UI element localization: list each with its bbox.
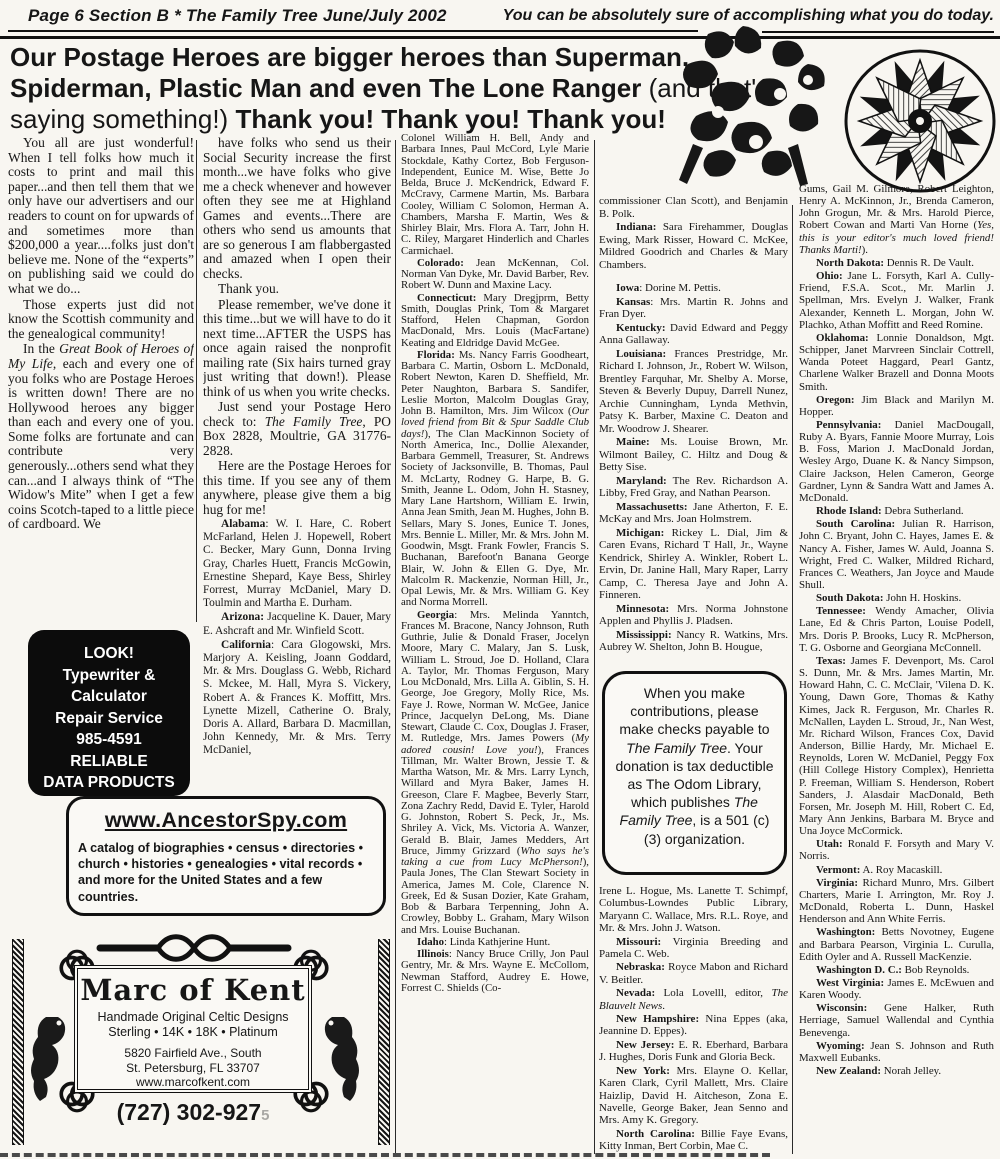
newspaper-page: Page 6 Section B * The Family Tree June/… [0, 0, 1000, 1159]
marc-of-kent-title: Marc of Kent [78, 973, 308, 1007]
hatched-border-bar [12, 939, 24, 1145]
paragraph: Washington: Betts Novotney, Eugene and B… [799, 926, 994, 962]
column-3-text: Colonel William H. Bell, Andy and Barbar… [401, 133, 589, 1157]
ancestorspy-description: A catalog of biographies • census • dire… [69, 833, 383, 905]
page-bottom-edge [0, 1153, 770, 1157]
text-line: 985-4591 [28, 729, 190, 751]
column-rule [594, 140, 595, 1154]
paragraph: Alabama: W. I. Hare, C. Robert McFarland… [203, 518, 391, 610]
paragraph: New Zealand: Norah Jelley. [799, 1065, 994, 1077]
paragraph: Indiana: Sara Firehammer, Douglas Ewing,… [599, 221, 788, 271]
paragraph: North Dakota: Dennis R. De Vault. [799, 257, 994, 269]
paragraph: Massachusetts: Jane Atherton, F. E. McKa… [599, 501, 788, 526]
hatched-border-bar [378, 939, 390, 1145]
text-line: DATA PRODUCTS [28, 772, 190, 794]
paragraph: Illinois: Nancy Bruce Crilly, Jon Paul G… [401, 949, 589, 994]
paragraph: Colorado: Jean McKennan, Col. Norman Van… [401, 258, 589, 292]
paragraph: Texas: James F. Devenport, Ms. Carol S. … [799, 655, 994, 837]
paragraph: Maine: Ms. Louise Brown, Mr. Wilmont Bai… [599, 436, 788, 474]
paragraph: New Hampshire: Nina Eppes (aka, Jeannine… [599, 1013, 788, 1038]
paragraph: Oklahoma: Lonnie Donaldson, Mgt. Schippe… [799, 332, 994, 393]
column-rule [395, 140, 396, 1154]
contribution-notice-text: When you make contributions, please make… [613, 684, 776, 848]
ancestorspy-ad: www.AncestorSpy.com A catalog of biograp… [66, 796, 386, 916]
column-rule [792, 205, 793, 1154]
celtic-topknot-icon [96, 933, 292, 963]
paragraph: Those experts just did not know the Scot… [8, 298, 194, 342]
paragraph: Kansas: Mrs. Martin R. Johns and Fran Dy… [599, 296, 788, 321]
masthead-rule-left [8, 30, 698, 32]
heraldic-bird-icon [28, 1011, 72, 1103]
marc-address: 5820 Fairfield Ave., SouthSt. Petersburg… [78, 1046, 308, 1090]
paragraph: Gums, Gail M. Gilmore, Robert Leighton, … [799, 183, 994, 256]
text-line: 5820 Fairfield Ave., South [78, 1046, 308, 1061]
paragraph: Thank you. [203, 282, 391, 297]
paragraph: Kentucky: David Edward and Peggy Anna Ga… [599, 322, 788, 347]
flower-medallion-illustration [842, 48, 998, 194]
paragraph: Colonel William H. Bell, Andy and Barbar… [401, 133, 589, 257]
paragraph: have folks who send us their Social Secu… [203, 136, 391, 281]
paragraph: Irene L. Hogue, Ms. Lanette T. Schimpf, … [599, 885, 788, 935]
paragraph: Utah: Ronald F. Forsyth and Mary V. Norr… [799, 838, 994, 862]
text-line: Typewriter & [28, 665, 190, 687]
marc-phone: (727) 302-9275 [74, 1099, 312, 1126]
paragraph: California: Cara Glogowski, Mrs. Marjory… [203, 639, 391, 758]
paragraph: Florida: Ms. Nancy Farris Goodheart, Bar… [401, 350, 589, 609]
paragraph: Pennsylvania: Daniel MacDougall, Ruby A.… [799, 419, 994, 504]
paragraph: commissioner Clan Scott), and Benjamin B… [599, 195, 788, 220]
column-5-text: Gums, Gail M. Gilmore, Robert Leighton, … [799, 183, 994, 1157]
masthead: Page 6 Section B * The Family Tree June/… [28, 6, 447, 26]
paragraph: You all are just wonderful! When I tell … [8, 136, 194, 297]
column-rule [196, 140, 197, 622]
paragraph: Ohio: Jane L. Forsyth, Karl A. Cully-Fri… [799, 270, 994, 331]
paragraph: New Jersey: E. R. Eberhard, Barbara J. H… [599, 1039, 788, 1064]
paragraph: South Dakota: John H. Hoskins. [799, 592, 994, 604]
heraldic-bird-icon [318, 1011, 362, 1103]
paragraph: Oregon: Jim Black and Marilyn M. Hopper. [799, 394, 994, 418]
paragraph: Wisconsin: Gene Halker, Ruth Herriage, S… [799, 1002, 994, 1038]
floral-bouquet-illustration [648, 24, 858, 196]
paragraph: Here are the Postage Heroes for this tim… [203, 459, 391, 517]
paragraph: Maryland: The Rev. Richardson A. Libby, … [599, 475, 788, 500]
marc-of-kent-frame: Marc of Kent Handmade Original Celtic De… [74, 965, 312, 1093]
paragraph: West Virginia: James E. McEwuen and Kare… [799, 977, 994, 1001]
paragraph: South Carolina: Julian R. Harrison, John… [799, 518, 994, 591]
paragraph: Nevada: Lola Lovelll, editor, The Blauve… [599, 987, 788, 1012]
contribution-notice-box: When you make contributions, please make… [602, 671, 787, 875]
paragraph: Rhode Island: Debra Sutherland. [799, 505, 994, 517]
column-2-text: have folks who send us their Social Secu… [203, 136, 391, 812]
paragraph: Wyoming: Jean S. Johnson and Ruth Maxwel… [799, 1040, 994, 1064]
text-line: Repair Service [28, 708, 190, 730]
paragraph: Please remember, we've done it this time… [203, 298, 391, 400]
marc-of-kent-ad: Marc of Kent Handmade Original Celtic De… [8, 933, 390, 1157]
paragraph: New York: Mrs. Elayne O. Kellar, Karen C… [599, 1065, 788, 1127]
paragraph: Tennessee: Wendy Amacher, Olivia Lane, E… [799, 605, 994, 654]
column-4-bottom-text: Irene L. Hogue, Ms. Lanette T. Schimpf, … [599, 885, 788, 1157]
column-1-text: You all are just wonderful! When I tell … [8, 136, 194, 628]
paragraph: Nebraska: Royce Mabon and Richard V. Bei… [599, 961, 788, 986]
paragraph: Connecticut: Mary Dregjprm, Betty Smith,… [401, 293, 589, 349]
paragraph: Just send your Postage Hero check to: Th… [203, 400, 391, 458]
marc-subtitle: Sterling • 14K • 18K • Platinum [78, 1025, 308, 1040]
paragraph: Mississippi: Nancy R. Watkins, Mrs. Aubr… [599, 629, 788, 654]
paragraph: Idaho: Linda Kathjerine Hunt. [401, 937, 589, 948]
paragraph: North Carolina: Billie Faye Evans, Kitty… [599, 1128, 788, 1153]
text-line: www.marcofkent.com [78, 1075, 308, 1090]
marc-subtitle: Handmade Original Celtic Designs [78, 1010, 308, 1025]
typewriter-repair-ad: LOOK!Typewriter &CalculatorRepair Servic… [28, 630, 190, 796]
paragraph: Vermont: A. Roy Macaskill. [799, 864, 994, 876]
column-4-top-text: commissioner Clan Scott), and Benjamin B… [599, 195, 788, 669]
ancestorspy-url: www.AncestorSpy.com [69, 808, 383, 833]
text-line: LOOK! [28, 643, 190, 665]
paragraph: Georgia: Mrs. Melinda Yanntch, Frances M… [401, 610, 589, 936]
paragraph: Missouri: Virginia Breeding and Pamela C… [599, 936, 788, 961]
paragraph: Virginia: Richard Munro, Mrs. Gilbert Ch… [799, 877, 994, 926]
text-line: Calculator [28, 686, 190, 708]
paragraph: Washington D. C.: Bob Reynolds. [799, 964, 994, 976]
paragraph: Michigan: Rickey L. Dial, Jim & Caren Ev… [599, 527, 788, 602]
paragraph: Minnesota: Mrs. Norma Johnstone Applen a… [599, 603, 788, 628]
paragraph: Louisiana: Frances Prestridge, Mr. Richa… [599, 348, 788, 436]
masthead-tagline: You can be absolutely sure of accomplish… [503, 7, 994, 25]
text-line: RELIABLE [28, 751, 190, 773]
paragraph: In the Great Book of Heroes of My Life, … [8, 342, 194, 532]
paragraph: Arizona: Jacqueline K. Dauer, Mary E. As… [203, 611, 391, 637]
text-line: St. Petersburg, FL 33707 [78, 1061, 308, 1076]
paragraph: Iowa: Dorine M. Pettis. [599, 282, 788, 295]
